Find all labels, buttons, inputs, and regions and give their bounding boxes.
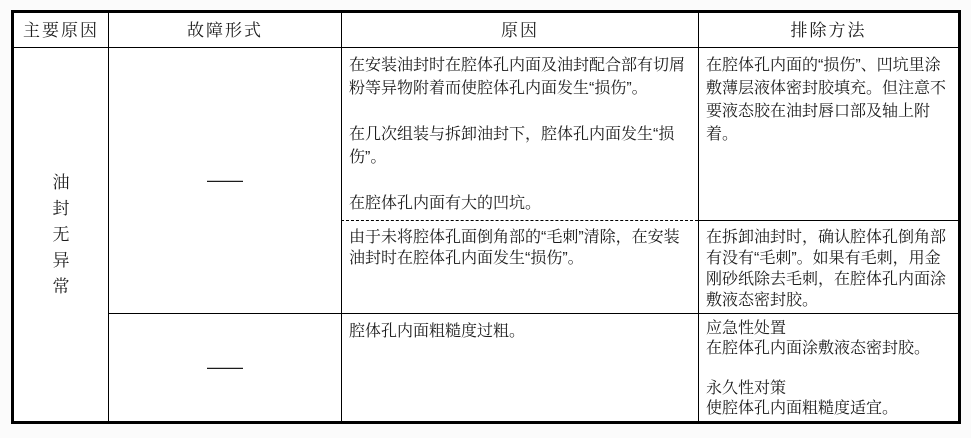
header-main-cause: 主要原因 bbox=[14, 13, 108, 48]
cell-remedy-group1-top: 在腔体孔内面的“损伤”、凹坑里涂敷薄层液体密封胶填充。但注意不要液态胶在油封唇口… bbox=[698, 48, 958, 220]
cell-remedy-group2: 应急性处置 在腔体孔内面涂敷液态密封胶。 永久性对策 使腔体孔内面粗糙度适宜。 bbox=[698, 313, 958, 421]
cell-cause-group1-top: 在安装油封时在腔体孔内面及油封配合部有切屑粉等异物附着而使腔体孔内面发生“损伤”… bbox=[341, 48, 698, 220]
header-fault-form: 故障形式 bbox=[108, 13, 341, 48]
cell-cause-group2: 腔体孔内面粗糙度过粗。 bbox=[341, 313, 698, 421]
header-cause: 原因 bbox=[341, 13, 698, 48]
cell-cause-group1-bottom: 由于未将腔体孔面倒角部的“毛刺”清除，在安装油封时在腔体孔内面发生“损伤”。 bbox=[341, 220, 698, 313]
cell-main-cause-oil-seal-no-abnormality: 油 封 无 异 常 bbox=[14, 48, 108, 421]
fault-troubleshooting-table: 主要原因 故障形式 原因 排除方法 油 封 无 异 常 —— 在安装油封时在腔体… bbox=[11, 10, 961, 424]
page: 主要原因 故障形式 原因 排除方法 油 封 无 异 常 —— 在安装油封时在腔体… bbox=[0, 0, 971, 438]
cell-remedy-group1-bottom: 在拆卸油封时，确认腔体孔倒角部有没有“毛刺”。如果有毛刺，用金刚砂纸除去毛刺，在… bbox=[698, 220, 958, 313]
cell-fault-form-group1-dash: —— bbox=[108, 48, 341, 313]
header-remedy: 排除方法 bbox=[698, 13, 958, 48]
cell-fault-form-group2-dash: —— bbox=[108, 313, 341, 421]
